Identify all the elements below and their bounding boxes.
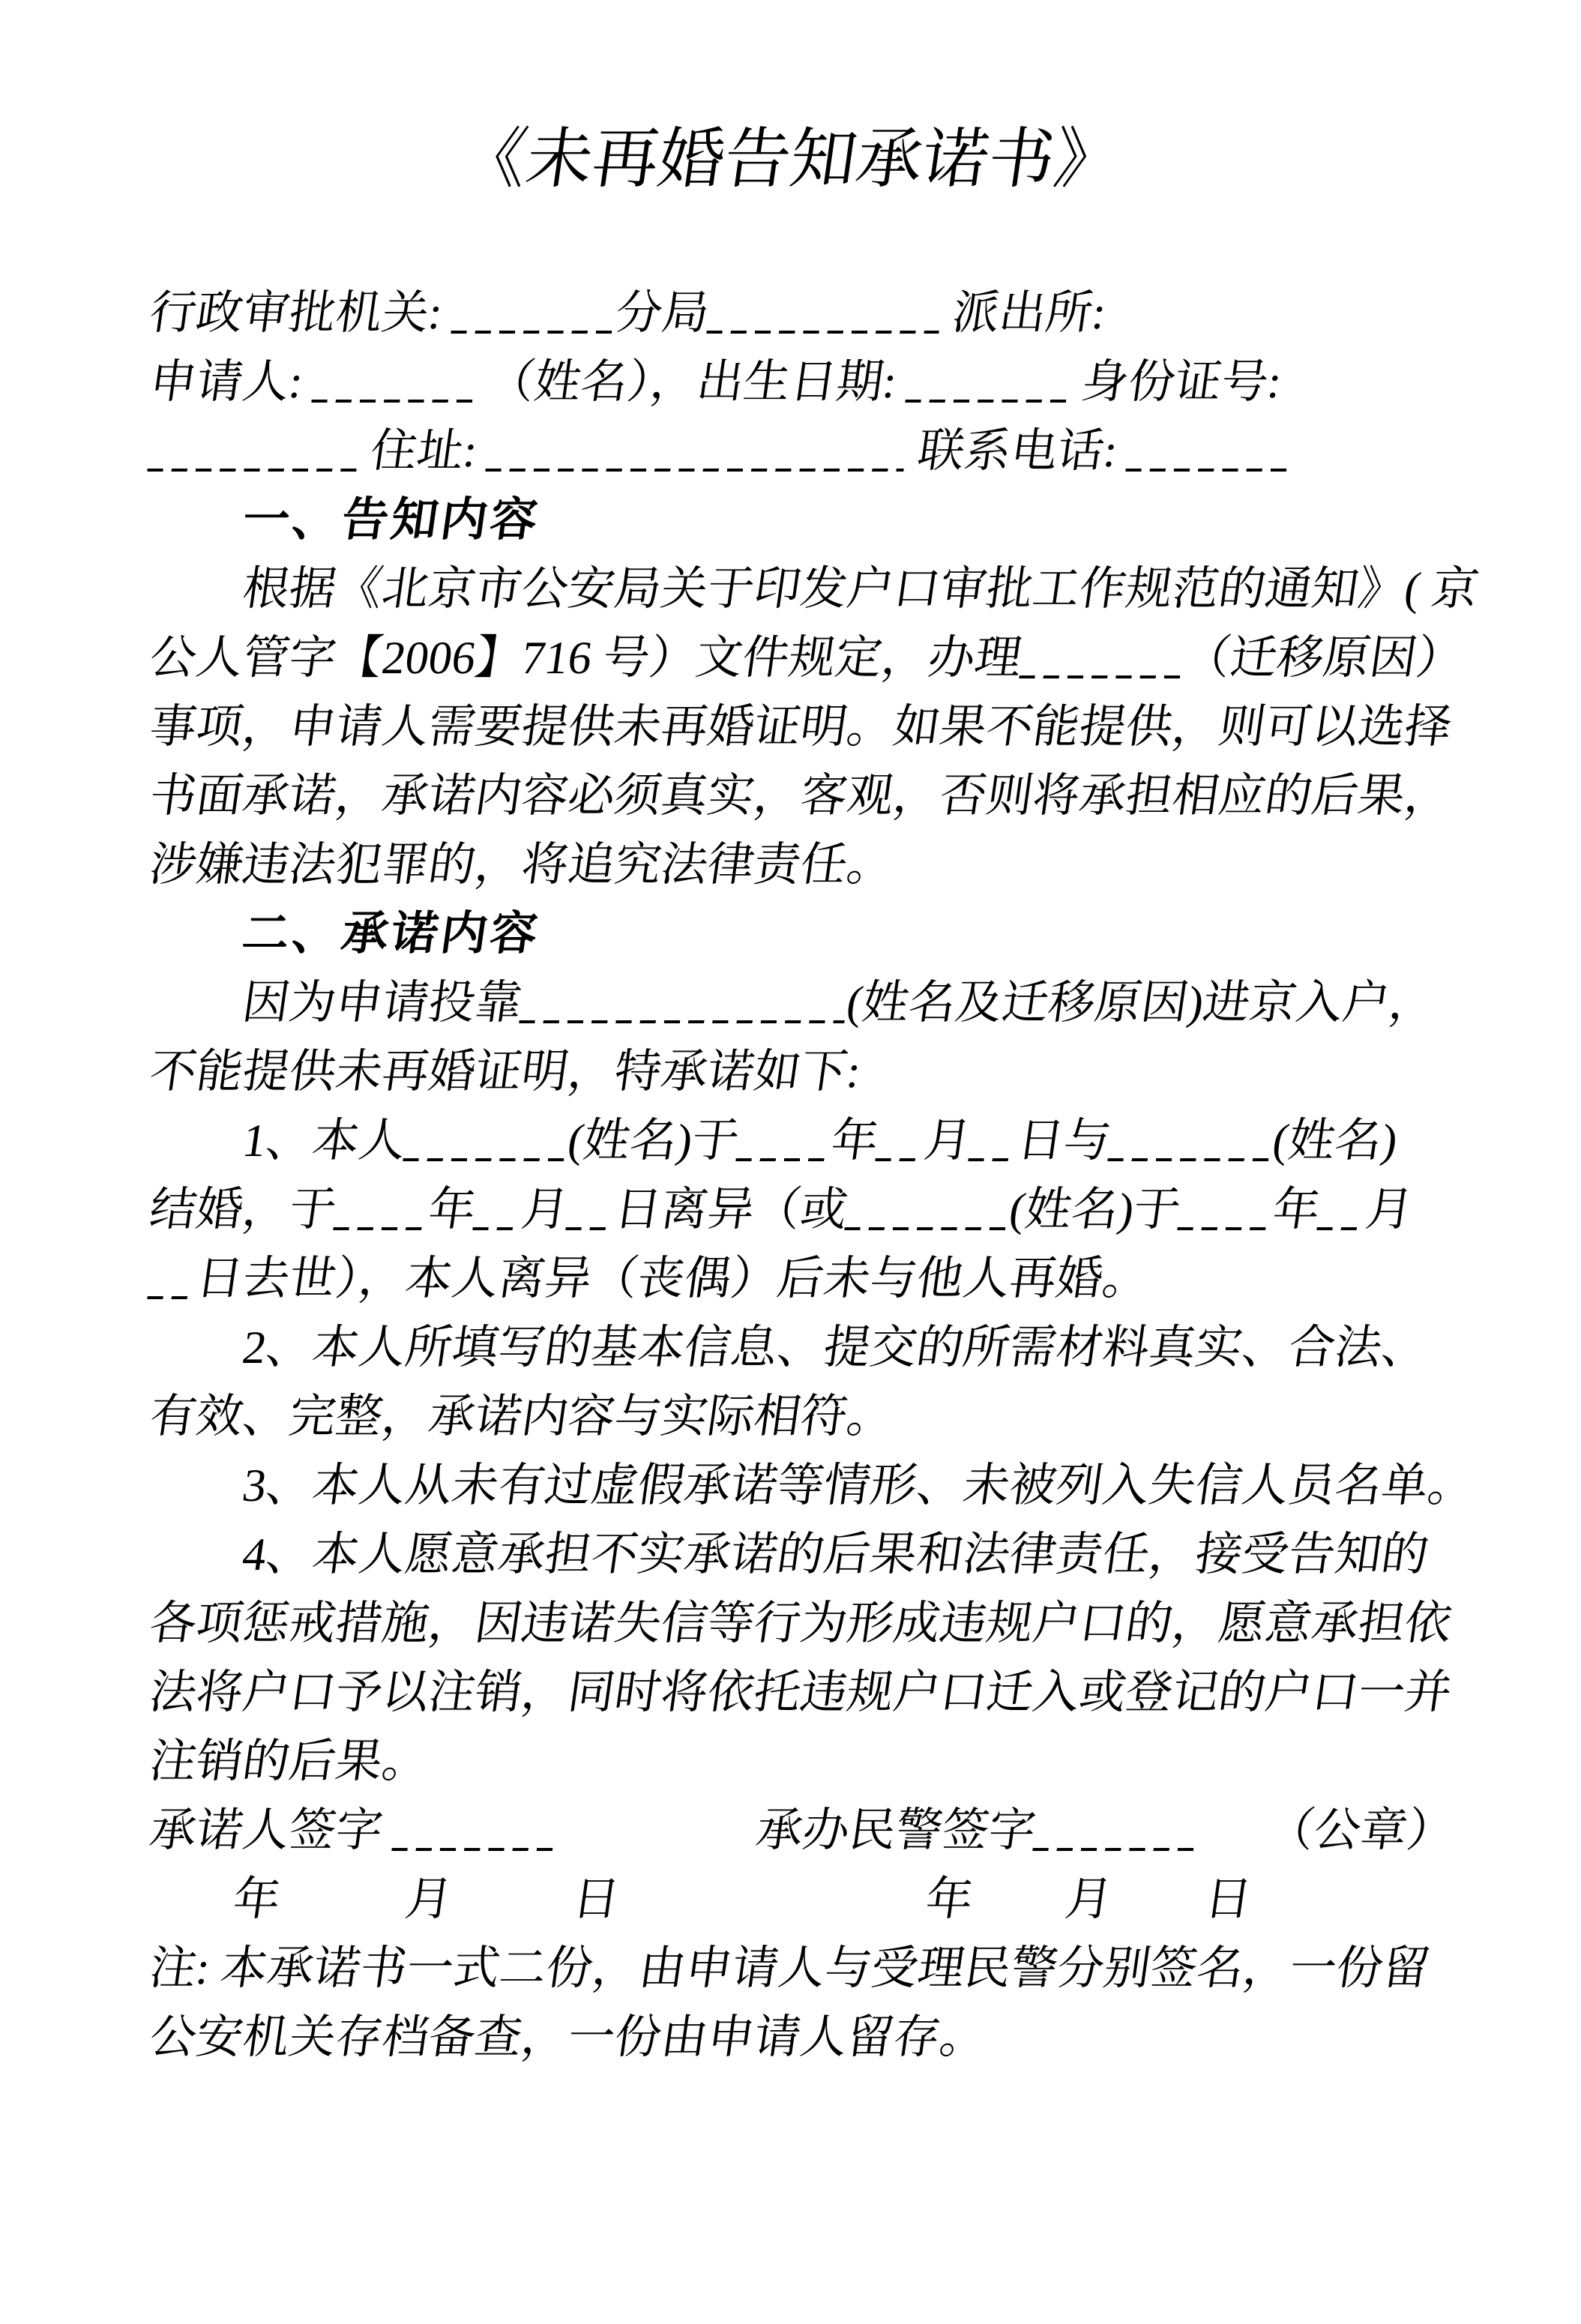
section-1-para-line-1: 根据《北京市公安局关于印发户口审批工作规范的通知》( 京 xyxy=(145,555,1476,624)
blank-field xyxy=(1032,1807,1201,1852)
document-body: 行政审批机关: 分局 派出所:申请人: （姓名），出生日期: 身份证号: 住址:… xyxy=(150,279,1471,2072)
item-4-line-4: 注销的后果。 xyxy=(145,1727,1476,1796)
blank-field xyxy=(519,980,850,1024)
spacer xyxy=(148,1914,232,1915)
blank-field xyxy=(875,1118,927,1162)
text-segment: 公人管字【2006】716 号）文件规定，办理 xyxy=(146,633,1025,684)
text-segment: (姓名)于 xyxy=(564,1116,742,1166)
text-segment: 日去世），本人离异（丧偶）后未与他人再婚。 xyxy=(193,1253,1153,1304)
text-segment: 年 xyxy=(1270,1184,1324,1235)
blank-field xyxy=(311,359,480,403)
text-segment: 住址: xyxy=(355,426,492,477)
date-line: 年月日年月日 xyxy=(145,1865,1476,1934)
item-4-line-1: 4、本人愿意承担不实承诺的后果和法律责任，接受告知的 xyxy=(145,1520,1476,1589)
text-segment: 日与 xyxy=(1014,1116,1115,1166)
spacer xyxy=(555,1845,755,1846)
text-segment: 书面承诺，承诺内容必须真实，客观，否则将承担相应的后果， xyxy=(146,771,1455,822)
commitment-intro-line-1: 因为申请投靠(姓名及迁移原因)进京入户， xyxy=(145,969,1476,1038)
section-2-heading: 二、承诺内容 xyxy=(145,900,1476,969)
text-segment: 月 xyxy=(402,1874,456,1925)
section-1-para-line-5: 涉嫌违法犯罪的，将追究法律责任。 xyxy=(145,831,1476,900)
item-2-line-2: 有效、完整，承诺内容与实际相符。 xyxy=(145,1382,1476,1451)
blank-field xyxy=(403,1118,571,1162)
item-2-line-1: 2、本人所填写的基本信息、提交的所需材料真实、合法、 xyxy=(145,1313,1476,1382)
text-segment: (姓名) xyxy=(1270,1116,1401,1166)
text-segment: （姓名），出生日期: xyxy=(473,357,912,408)
blank-field xyxy=(565,1187,618,1231)
text-segment: 派出所: xyxy=(938,288,1109,339)
text-segment: (姓名及迁移原因)进京入户， xyxy=(843,978,1439,1029)
text-segment: 申请人: xyxy=(146,357,317,408)
text-segment: 月 xyxy=(1062,1874,1116,1925)
text-segment: 不能提供未再婚证明，特承诺如下: xyxy=(146,1047,864,1098)
blank-field xyxy=(472,1187,525,1231)
blank-field xyxy=(905,359,1073,403)
blank-field xyxy=(391,1807,560,1852)
signature-line: 承诺人签字 承办民警签字（公章） xyxy=(145,1796,1476,1865)
text-segment: 各项惩戒措施，因违诺失信等行为形成违规户口的，愿意承担依 xyxy=(146,1598,1455,1649)
text-segment: 2、本人所填写的基本信息、提交的所需材料真实、合法、 xyxy=(239,1322,1432,1373)
blank-field xyxy=(968,1118,1020,1162)
text-segment: 二、承诺内容 xyxy=(239,908,543,960)
section-1-para-line-2: 公人管字【2006】716 号）文件规定，办理（迁移原因） xyxy=(145,624,1476,693)
blank-field xyxy=(844,1187,1013,1231)
spacer xyxy=(278,1914,404,1915)
section-1-para-line-4: 书面承诺，承诺内容必须真实，客观，否则将承担相应的后果， xyxy=(145,762,1476,831)
text-segment: 联系电话: xyxy=(903,426,1132,477)
blank-field xyxy=(485,428,909,472)
text-segment: 月 xyxy=(518,1184,572,1235)
applicant-line: 申请人: （姓名），出生日期: 身份证号: xyxy=(145,348,1476,417)
item-1-line-3: 日去世），本人离异（丧偶）后未与他人再婚。 xyxy=(145,1244,1476,1313)
text-segment: 身份证号: xyxy=(1067,357,1284,408)
blank-field xyxy=(1126,428,1295,472)
spacer xyxy=(450,1914,570,1915)
text-segment: 事项，申请人需要提供未再婚证明。如果不能提供，则可以选择 xyxy=(146,702,1455,753)
text-segment: 日 xyxy=(1202,1874,1256,1925)
text-segment: 1、本人 xyxy=(239,1116,409,1166)
text-segment: 注: 本承诺书一式二份，由申请人与受理民警分别签名，一份留 xyxy=(146,1943,1433,1994)
text-segment: 月 xyxy=(1363,1184,1417,1235)
text-segment: 有效、完整，承诺内容与实际相符。 xyxy=(146,1391,897,1442)
blank-field xyxy=(1108,1118,1277,1162)
text-segment: 年 xyxy=(923,1874,977,1925)
blank-field xyxy=(706,290,945,334)
item-4-line-2: 各项惩戒措施，因违诺失信等行为形成违规户口的，愿意承担依 xyxy=(145,1589,1476,1658)
document-page: 《未再婚告知承诺书》 行政审批机关: 分局 派出所:申请人: （姓名），出生日期… xyxy=(0,0,1581,2324)
text-segment: 年 xyxy=(230,1874,284,1925)
text-segment: 行政审批机关: xyxy=(146,288,457,339)
blank-field xyxy=(1178,1187,1277,1231)
section-1-para-line-3: 事项，申请人需要提供未再婚证明。如果不能提供，则可以选择 xyxy=(145,693,1476,762)
text-segment: 公安机关存档备查，一份由申请人留存。 xyxy=(146,2012,990,2063)
blank-field xyxy=(147,1256,199,1300)
text-segment: 日离异（或 xyxy=(611,1184,851,1235)
note-line-2: 公安机关存档备查，一份由申请人留存。 xyxy=(145,2003,1476,2072)
spacer xyxy=(617,1914,924,1915)
text-segment: 分局 xyxy=(612,288,713,339)
document-title: 《未再婚告知承诺书》 xyxy=(0,111,1581,210)
text-segment: （公章） xyxy=(1264,1805,1457,1856)
address-line: 住址: 联系电话: xyxy=(145,417,1476,486)
blank-field xyxy=(451,290,619,334)
spacer xyxy=(1196,1845,1265,1846)
item-1-line-2: 结婚，于年月日离异（或(姓名)于年月 xyxy=(145,1175,1476,1244)
spacer xyxy=(971,1914,1064,1915)
item-3-line: 3、本人从未有过虚假承诺等情形、未被列入失信人员名单。 xyxy=(145,1451,1476,1520)
text-segment: 结婚，于 xyxy=(146,1184,340,1235)
blank-field xyxy=(1019,635,1187,679)
text-segment: 一、告知内容 xyxy=(239,494,543,546)
item-4-line-3: 法将户口予以注销，同时将依托违规户口迁入或登记的户口一并 xyxy=(145,1658,1476,1727)
text-segment: 月 xyxy=(921,1116,975,1166)
text-segment: 承办民警签字 xyxy=(753,1805,1039,1856)
text-segment: 年 xyxy=(425,1184,479,1235)
text-segment: 年 xyxy=(828,1116,882,1166)
commitment-intro-line-2: 不能提供未再婚证明，特承诺如下: xyxy=(145,1038,1476,1107)
text-segment: 因为申请投靠 xyxy=(239,978,526,1029)
blank-field xyxy=(333,1187,432,1231)
text-segment: （迁移原因） xyxy=(1181,633,1467,684)
text-segment: (姓名)于 xyxy=(1006,1184,1184,1235)
text-segment: 3、本人从未有过虚假承诺等情形、未被列入失信人员名单。 xyxy=(239,1460,1478,1511)
text-segment: 4、本人愿意承担不实承诺的后果和法律责任，接受告知的 xyxy=(239,1529,1432,1580)
spacer xyxy=(1110,1914,1203,1915)
blank-field xyxy=(147,428,362,472)
text-segment: 承诺人签字 xyxy=(146,1805,397,1856)
blank-field xyxy=(735,1118,834,1162)
blank-field xyxy=(1317,1187,1370,1231)
text-segment: 日 xyxy=(569,1874,623,1925)
agency-line: 行政审批机关: 分局 派出所: xyxy=(145,279,1476,348)
section-1-heading: 一、告知内容 xyxy=(145,486,1476,555)
item-1-line-1: 1、本人(姓名)于年月日与(姓名) xyxy=(145,1107,1476,1175)
text-segment: 法将户口予以注销，同时将依托违规户口迁入或登记的户口一并 xyxy=(146,1667,1455,1718)
text-segment: 根据《北京市公安局关于印发户口审批工作规范的通知》( 京 xyxy=(239,564,1482,615)
text-segment: 注销的后果。 xyxy=(146,1736,433,1787)
note-line-1: 注: 本承诺书一式二份，由申请人与受理民警分别签名，一份留 xyxy=(145,1934,1476,2003)
text-segment: 涉嫌违法犯罪的，将追究法律责任。 xyxy=(146,840,897,891)
